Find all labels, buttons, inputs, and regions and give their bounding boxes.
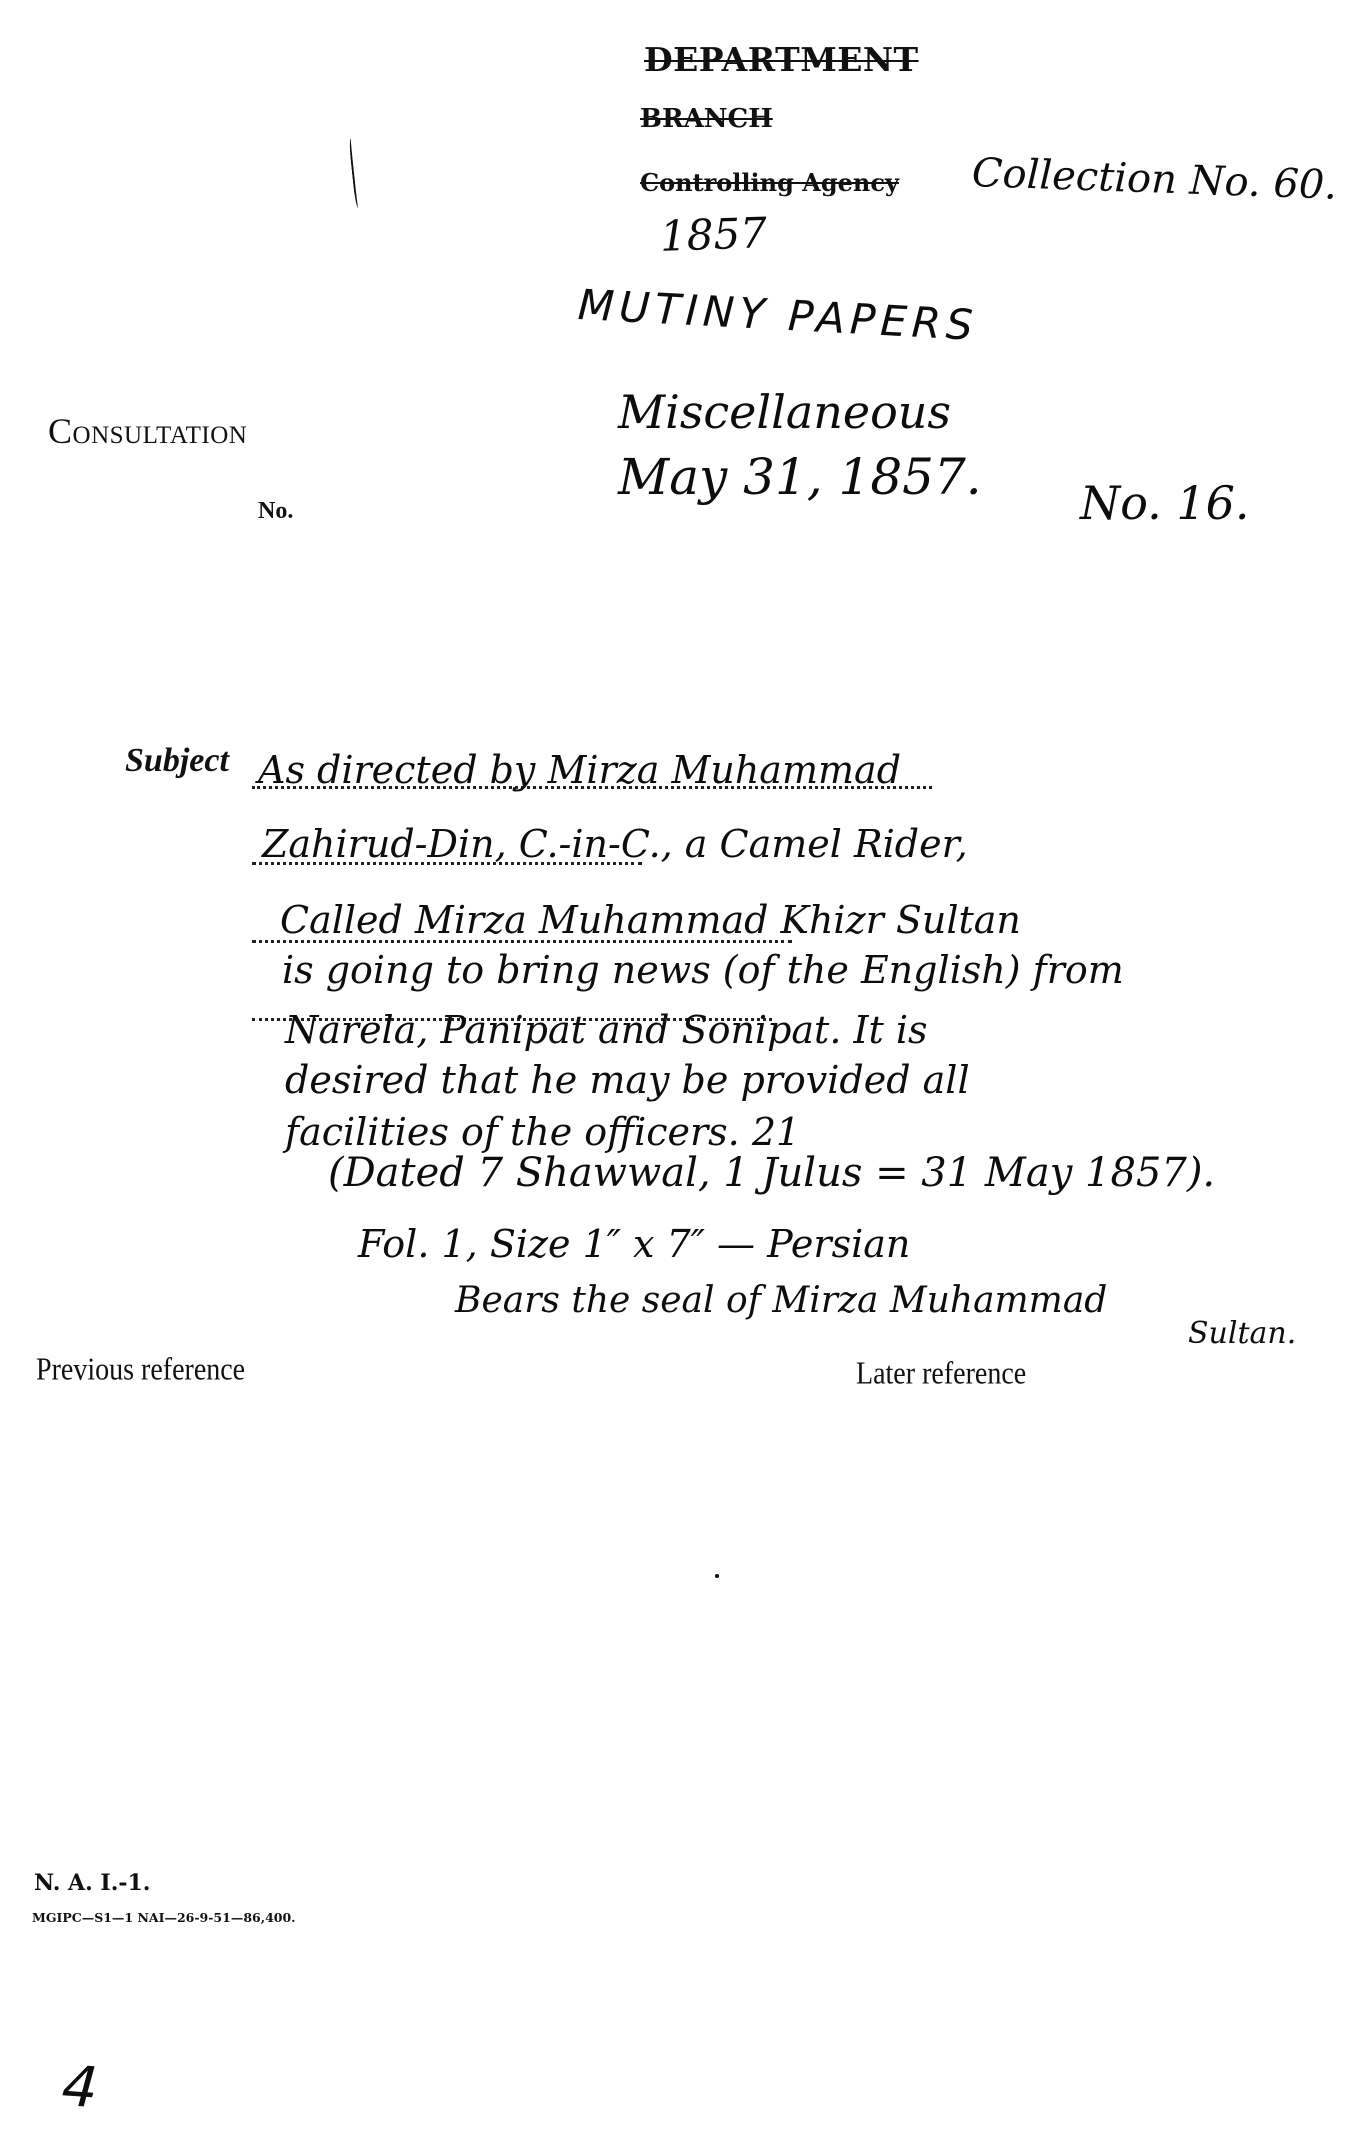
document-number: No. 16. [1080, 476, 1250, 530]
consultation-title: Consultation [48, 410, 247, 452]
series-title: MUTINY PAPERS [577, 280, 979, 350]
document-date: May 31, 1857. [618, 448, 982, 506]
document-page: DEPARTMENT BRANCH Controlling Agency Col… [0, 0, 1347, 2145]
dated-annotation: (Dated 7 Shawwal, 1 Julus = 31 May 1857)… [328, 1150, 1215, 1196]
collection-number: Collection No. 60. [971, 150, 1338, 209]
form-code: N. A. I.-1. [34, 1870, 150, 1896]
subject-line-2: Zahirud-Din, C.-in-C., a Camel Rider, [262, 822, 968, 866]
subject-line-3: Called Mirza Muhammad Khizr Sultan [280, 898, 1021, 942]
controlling-agency-label: Controlling Agency [640, 168, 899, 197]
subject-line-6: desired that he may be provided all [285, 1058, 970, 1102]
branch-label: BRANCH [640, 104, 773, 134]
subject-line-1: As directed by Mirza Muhammad [258, 748, 901, 792]
subject-line-7: facilities of the officers. 21 [285, 1110, 800, 1154]
category-annotation: Miscellaneous [618, 385, 951, 439]
scan-speck [715, 1574, 719, 1578]
seal-annotation: Bears the seal of Mirza Muhammad [455, 1280, 1107, 1321]
folio-size-annotation: Fol. 1, Size 1″ x 7″ — Persian [358, 1222, 910, 1266]
page-number: 4 [60, 2054, 100, 2121]
subject-label: Subject [125, 742, 229, 780]
margin-pen-mark [348, 138, 361, 208]
consultation-no-label: No. [258, 498, 293, 525]
year-annotation: 1857 [659, 208, 768, 261]
department-label: DEPARTMENT [644, 40, 919, 79]
subject-line-5: Narela, Panipat and Sonipat. It is [285, 1008, 928, 1052]
previous-reference-label: Previous reference [36, 1352, 245, 1389]
later-reference-label: Later reference [856, 1356, 1026, 1393]
print-info: MGIPC—S1—1 NAI—26-9-51—86,400. [32, 1910, 296, 1925]
seal-annotation-continued: Sultan. [1188, 1316, 1296, 1351]
subject-line-4: is going to bring news (of the English) … [282, 948, 1124, 992]
